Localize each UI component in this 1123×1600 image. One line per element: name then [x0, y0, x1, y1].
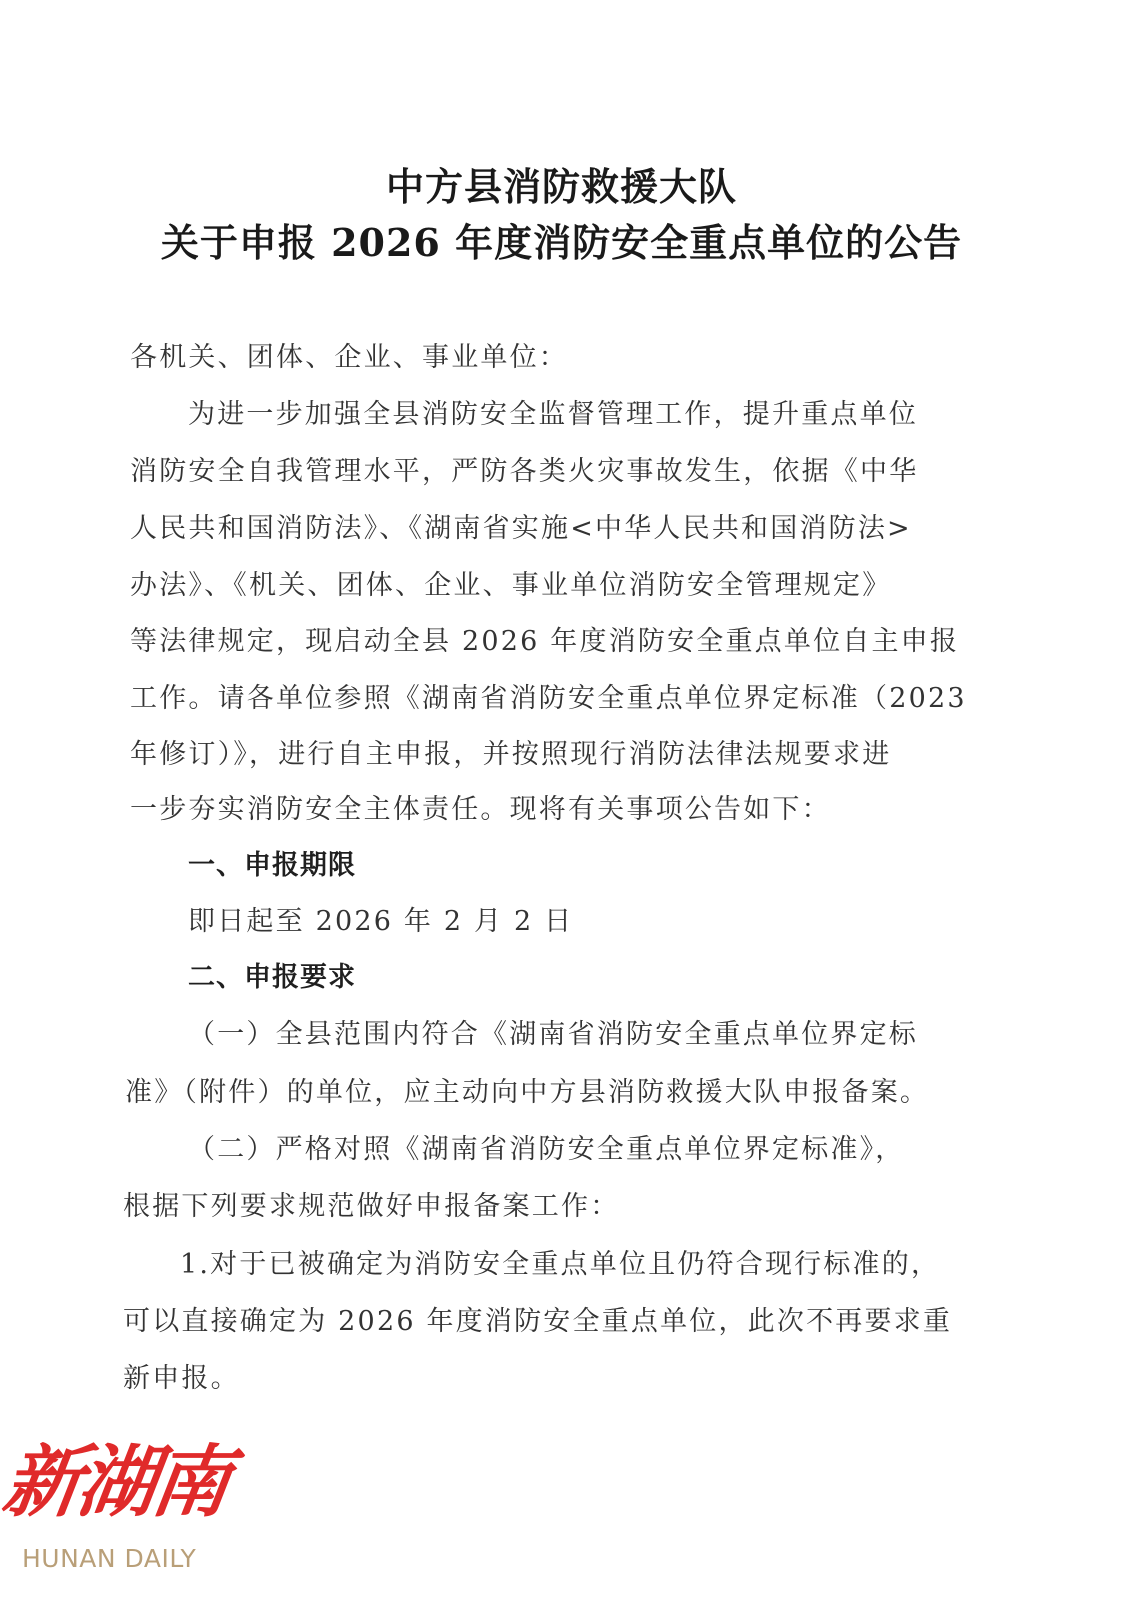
requirement-line: 新申报。 [123, 1359, 240, 1399]
paragraph-line: 消防安全自我管理水平，严防各类火灾事故发生，依据《中华 [130, 452, 918, 492]
requirement-line: 可以直接确定为 2026 年度消防安全重点单位，此次不再要求重 [123, 1302, 952, 1342]
title-subject: 关于申报 2026 年度消防安全重点单位的公告 [0, 214, 1123, 272]
paragraph-line: 办法》、《机关、团体、企业、事业单位消防安全管理规定》 [130, 566, 891, 606]
paragraph-line: 等法律规定，现启动全县 2026 年度消防安全重点单位自主申报 [130, 622, 959, 662]
deadline-text: 即日起至 2026 年 2 月 2 日 [188, 902, 573, 942]
section-heading-deadline: 一、申报期限 [188, 846, 356, 886]
logo-chinese-text: 新湖南 [0, 1438, 232, 1528]
requirement-line: （一）全县范围内符合《湖南省消防安全重点单位界定标 [188, 1015, 918, 1055]
title-issuer: 中方县消防救援大队 [0, 158, 1123, 216]
requirement-line: （二）严格对照《湖南省消防安全重点单位界定标准》， [188, 1130, 905, 1170]
paragraph-line: 一步夯实消防安全主体责任。现将有关事项公告如下： [130, 790, 831, 830]
paragraph-line: 工作。请各单位参照《湖南省消防安全重点单位界定标准（2023 [130, 679, 967, 719]
paragraph-line: 人民共和国消防法》、《湖南省实施<中华人民共和国消防法> [130, 509, 912, 549]
salutation: 各机关、团体、企业、事业单位： [130, 338, 568, 378]
logo-english-text: HUNAN DAILY [22, 1544, 196, 1573]
section-heading-requirements: 二、申报要求 [188, 958, 356, 998]
paragraph-line: 年修订）》，进行自主申报，并按照现行消防法律法规要求进 [130, 735, 891, 775]
requirement-line: 1.对于已被确定为消防安全重点单位且仍符合现行标准的， [180, 1245, 940, 1285]
requirement-line: 根据下列要求规范做好申报备案工作： [123, 1187, 619, 1227]
hunan-daily-logo: 新湖南 HUNAN DAILY [0, 1438, 230, 1598]
paragraph-line: 为进一步加强全县消防安全监督管理工作，提升重点单位 [188, 395, 918, 435]
requirement-line: 准》（附件）的单位，应主动向中方县消防救援大队申报备案。 [125, 1073, 929, 1113]
